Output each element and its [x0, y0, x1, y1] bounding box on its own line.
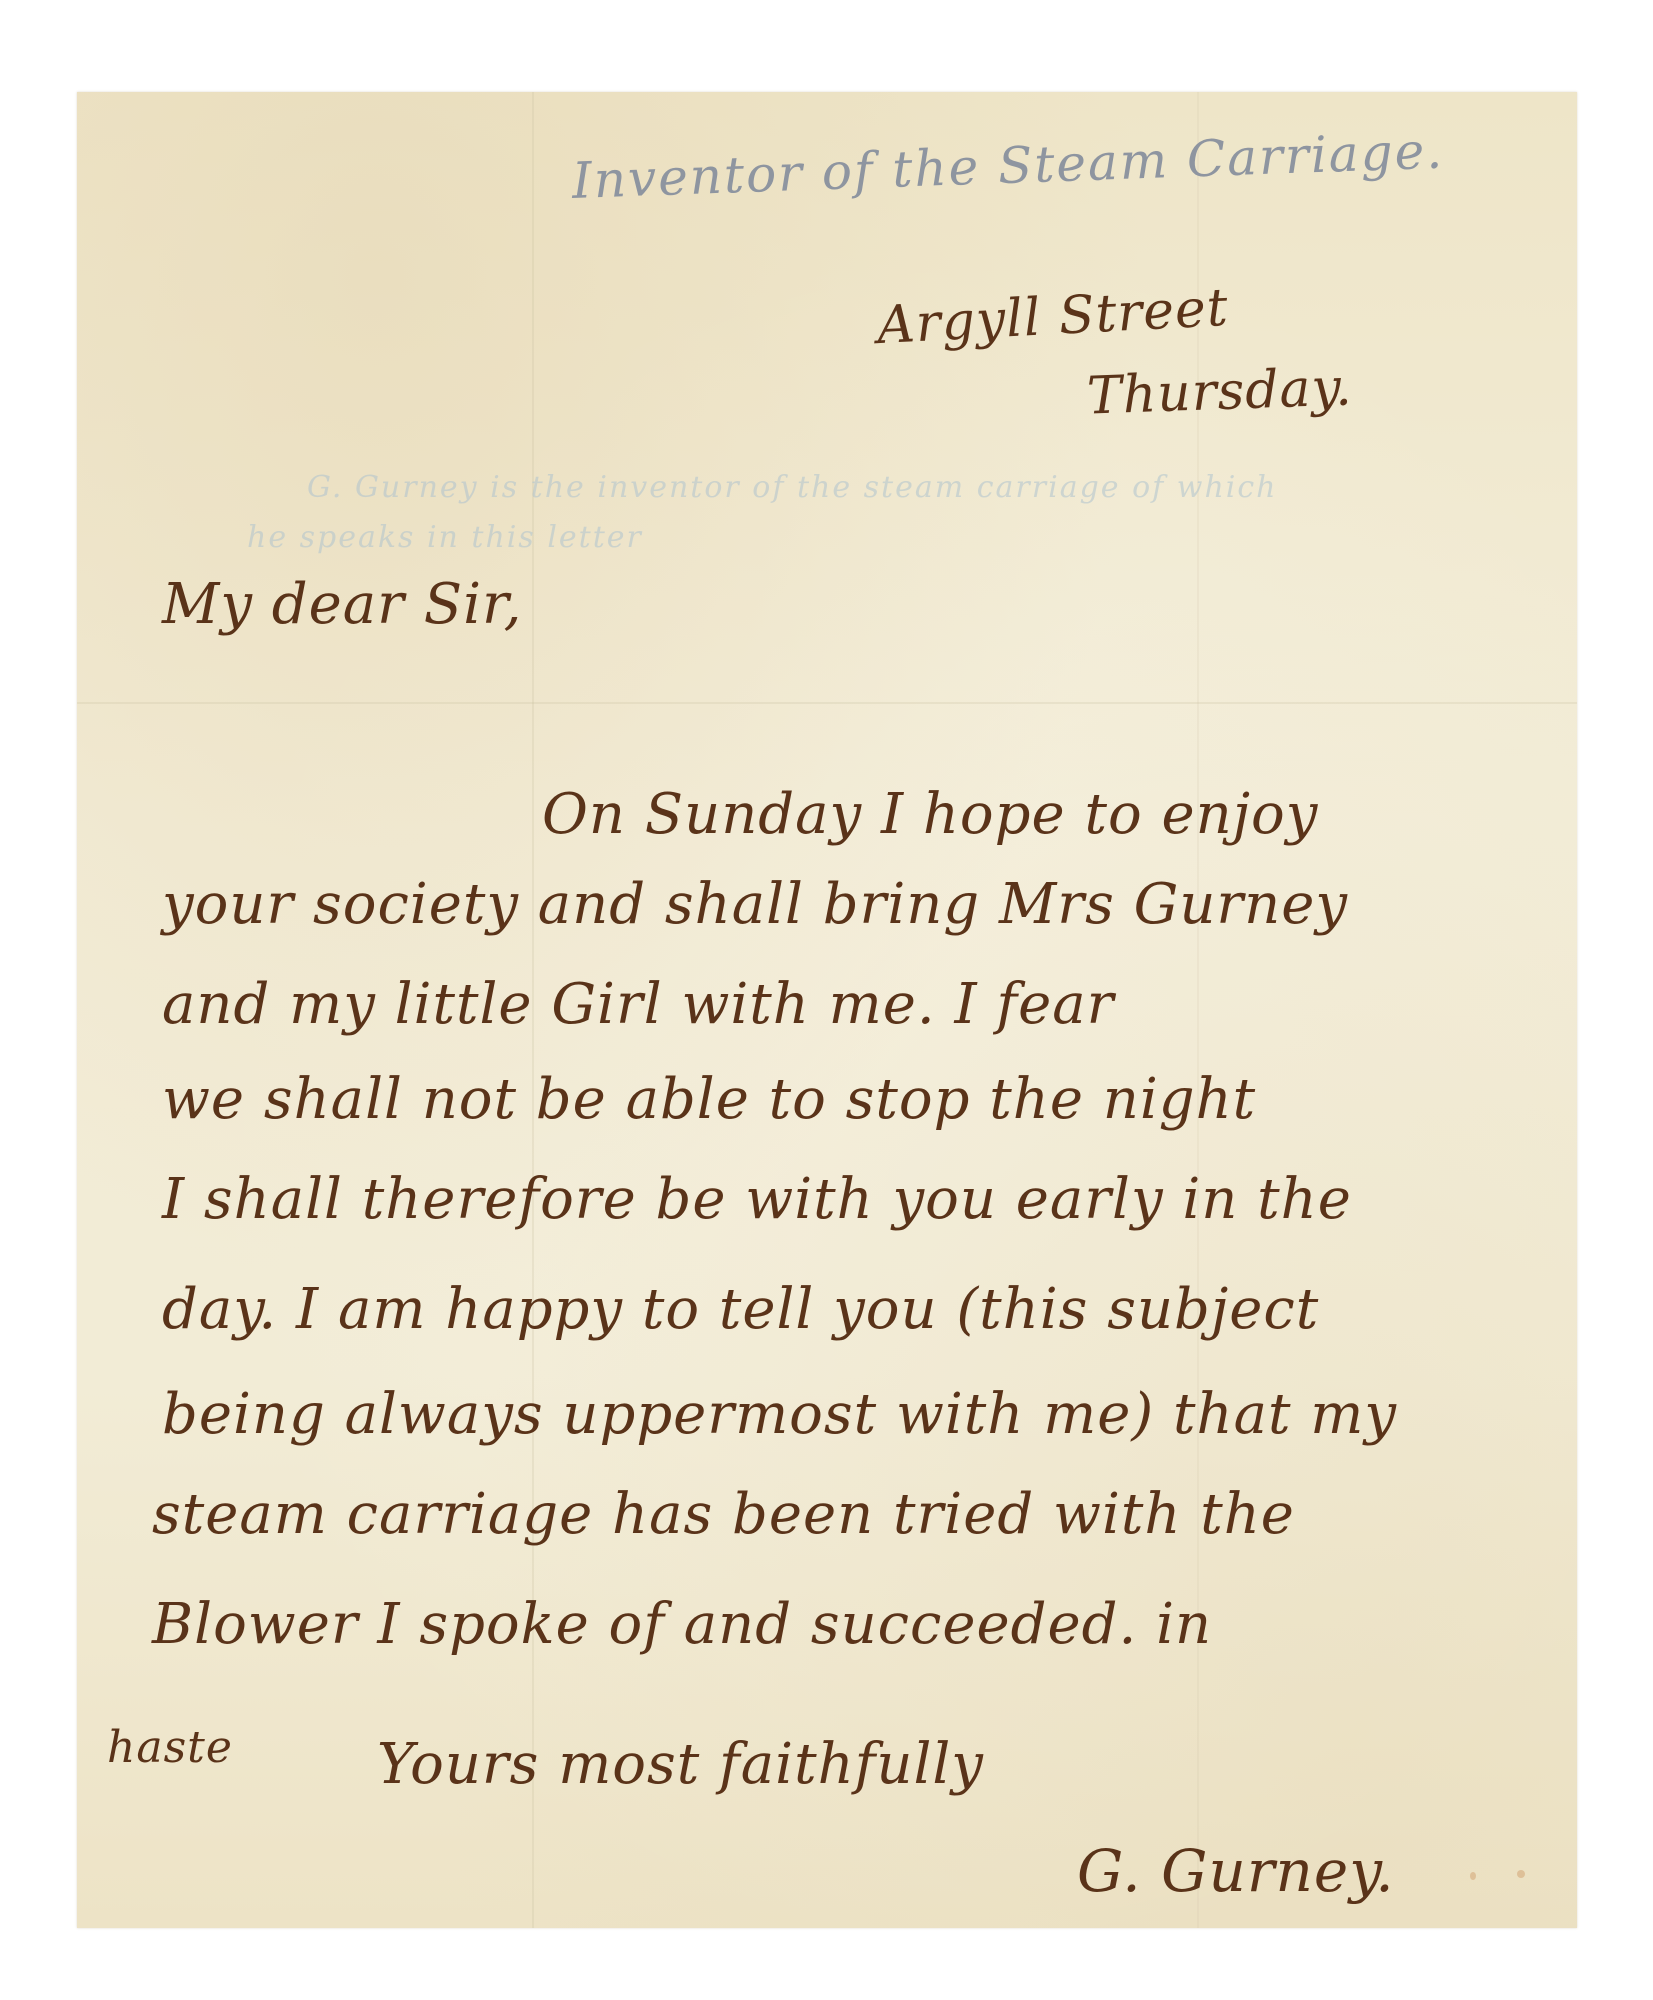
body-line-4: we shall not be able to stop the night	[162, 1067, 1256, 1132]
signature: G. Gurney.	[1077, 1837, 1395, 1905]
pencil-annotation: Inventor of the Steam Carriage.	[571, 122, 1445, 210]
address-street: Argyll Street	[876, 278, 1230, 356]
body-line-7: being always uppermost with me) that my	[162, 1382, 1397, 1447]
body-line-3: and my little Girl with me. I fear	[162, 972, 1114, 1037]
foxing-spot	[1517, 1870, 1525, 1878]
margin-note: haste	[107, 1722, 233, 1773]
body-line-1: On Sunday I hope to enjoy	[542, 782, 1318, 847]
address-day: Thursday.	[1086, 357, 1353, 426]
body-line-6: day. I am happy to tell you (this subjec…	[162, 1277, 1319, 1342]
foxing-spot	[1470, 1872, 1476, 1880]
body-line-2: your society and shall bring Mrs Gurney	[162, 872, 1348, 937]
body-line-9: Blower I spoke of and succeeded. in	[152, 1592, 1212, 1657]
salutation: My dear Sir,	[162, 572, 522, 637]
closing: Yours most faithfully	[377, 1732, 984, 1797]
body-line-8: steam carriage has been tried with the	[152, 1482, 1295, 1547]
fold-crease-horizontal	[77, 702, 1577, 704]
letter-paper: Inventor of the Steam Carriage. Argyll S…	[77, 92, 1577, 1928]
show-through-note-line-2: he speaks in this letter	[247, 520, 643, 555]
show-through-note-line-1: G. Gurney is the inventor of the steam c…	[307, 470, 1278, 505]
body-line-5: I shall therefore be with you early in t…	[162, 1167, 1352, 1232]
